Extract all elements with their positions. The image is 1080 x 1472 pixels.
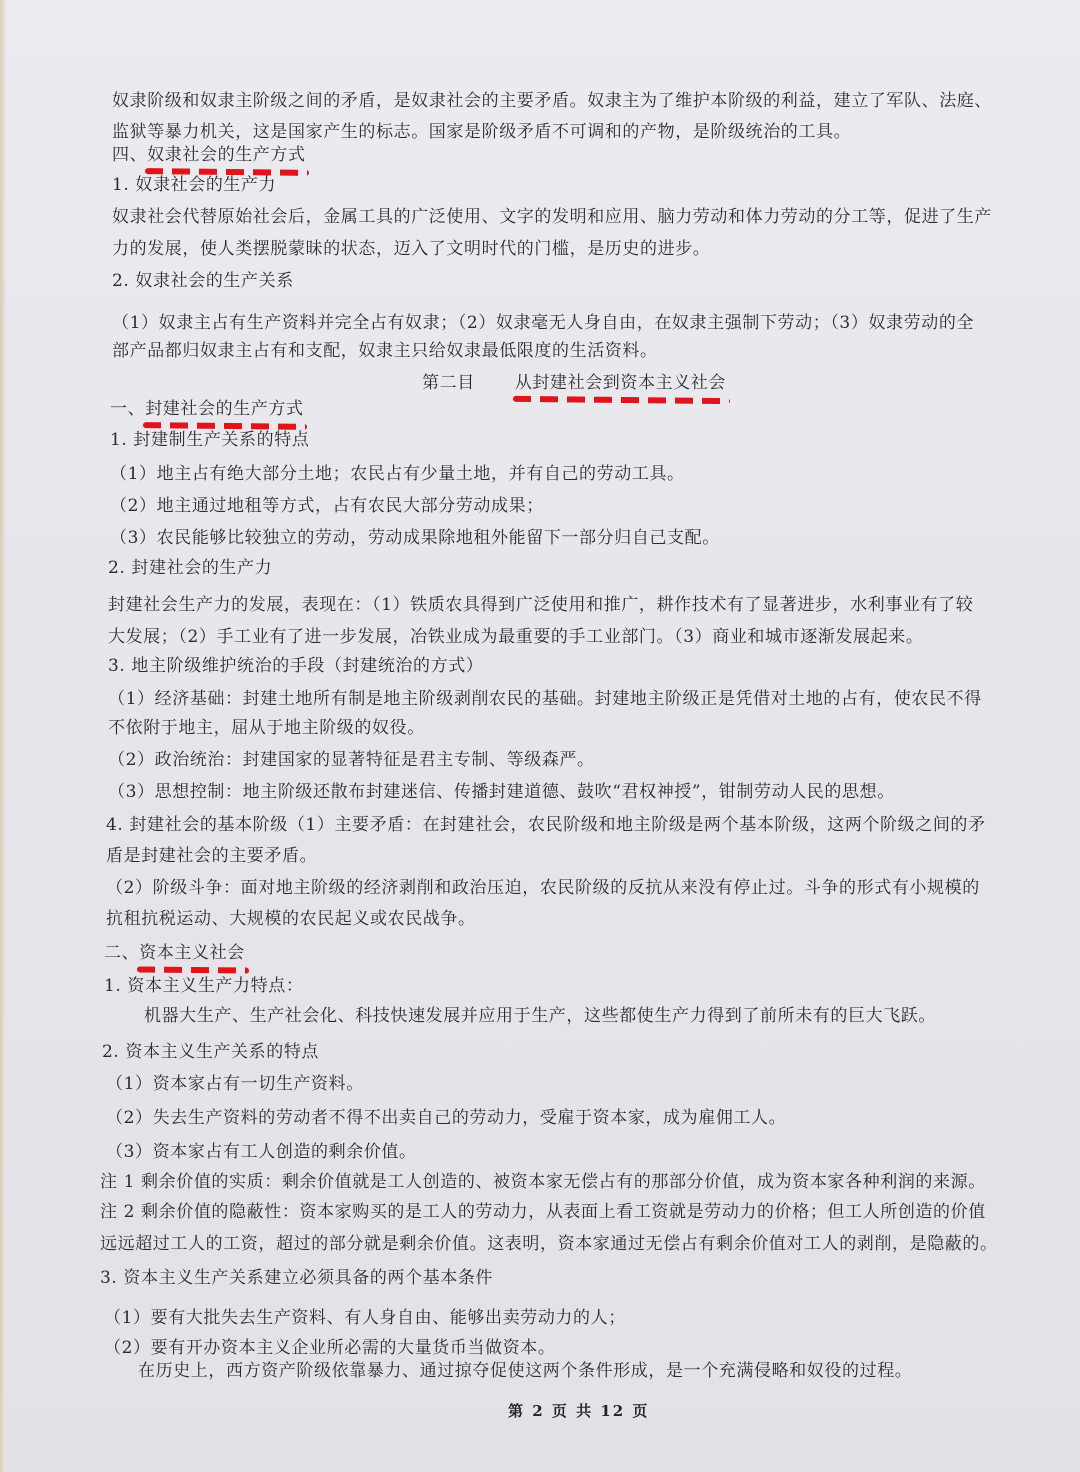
section-heading-slave-mode: 四、奴隶社会的生产方式 xyxy=(112,144,306,166)
paragraph-line: （2）阶级斗争：面对地主阶级的经济剥削和政治压迫，农民阶级的反抗从来没有停止过。… xyxy=(106,877,980,899)
underlined-title: 奴隶社会的生产方式 xyxy=(147,144,305,166)
paragraph-line: 部产品都归奴隶主占有和支配，奴隶主只给奴隶最低限度的生活资料。 xyxy=(112,340,658,362)
underlined-title: 资本主义社会 xyxy=(139,942,245,964)
paragraph-line: 大发展；（2）手工业有了进一步发展，冶铁业成为最重要的手工业部门。（3）商业和城… xyxy=(108,626,923,648)
paragraph-line: 抗租抗税运动、大规模的农民起义或农民战争。 xyxy=(106,908,476,930)
paragraph-line: （1）奴隶主占有生产资料并完全占有奴隶；（2）奴隶毫无人身自由，在奴隶主强制下劳… xyxy=(112,312,974,334)
note-line: 远远超过工人的工资，超过的部分就是剩余价值。这表明，资本家通过无偿占有剩余价值对… xyxy=(100,1233,998,1255)
paragraph-line: 力的发展，使人类摆脱蒙昧的状态，迈入了文明时代的门槛，是历史的进步。 xyxy=(112,238,710,260)
subheading: 3. 资本主义生产关系建立必须具备的两个基本条件 xyxy=(100,1267,493,1289)
paper-edge xyxy=(0,0,6,1472)
subheading: 1. 资本主义生产力特点： xyxy=(104,975,303,997)
underlined-title: 封建社会的生产方式 xyxy=(145,398,303,420)
list-item: （1）要有大批失去生产资料、有人身自由、能够出卖劳动力的人； xyxy=(104,1307,626,1329)
subheading: 2. 资本主义生产关系的特点 xyxy=(102,1041,319,1063)
list-item: 不依附于地主，屈从于地主阶级的奴役。 xyxy=(108,717,425,739)
section-prefix: 一、 xyxy=(110,399,145,419)
subheading: 2. 奴隶社会的生产关系 xyxy=(112,270,294,292)
list-item: （2）地主通过地租等方式，占有农民大部分劳动成果； xyxy=(110,495,544,517)
section-heading-capitalism: 二、资本主义社会 xyxy=(104,942,245,964)
list-item: （3）思想控制：地主阶级还散布封建迷信、传播封建道德、鼓吹“君权神授”，钳制劳动… xyxy=(108,781,895,803)
paragraph-line: 4. 封建社会的基本阶级（1）主要矛盾：在封建社会，农民阶级和地主阶级是两个基本… xyxy=(106,814,986,836)
underlined-title: 从封建社会到资本主义社会 xyxy=(515,372,726,394)
section-prefix: 四、 xyxy=(112,145,147,165)
list-item: （2）政治统治：封建国家的显著特征是君主专制、等级森严。 xyxy=(108,749,595,771)
paragraph-line: 监狱等暴力机关，这是国家产生的标志。国家是阶级矛盾不可调和的产物，是阶级统治的工… xyxy=(112,121,851,143)
list-item: （1）经济基础：封建土地所有制是地主阶级剥削农民的基础。封建地主阶级正是凭借对土… xyxy=(108,688,982,710)
subheading: 1. 奴隶社会的生产力 xyxy=(112,174,276,196)
chapter-label: 第二目 xyxy=(422,373,475,393)
paragraph-line: 盾是封建社会的主要矛盾。 xyxy=(106,845,317,867)
section-heading-feudal-mode: 一、封建社会的生产方式 xyxy=(110,398,304,420)
list-item: （2）失去生产资料的劳动者不得不出卖自己的劳动力，受雇于资本家，成为雇佣工人。 xyxy=(106,1107,786,1129)
paragraph-line: 奴隶阶级和奴隶主阶级之间的矛盾，是奴隶社会的主要矛盾。奴隶主为了维护本阶级的利益… xyxy=(112,90,992,112)
document-page: 奴隶阶级和奴隶主阶级之间的矛盾，是奴隶社会的主要矛盾。奴隶主为了维护本阶级的利益… xyxy=(0,0,1080,1472)
subheading: 1. 封建制生产关系的特点 xyxy=(110,429,309,451)
list-item: （2）要有开办资本主义企业所必需的大量货币当做资本。 xyxy=(104,1337,555,1359)
page-number: 第 2 页 共 12 页 xyxy=(508,1400,649,1421)
list-item: （1）资本家占有一切生产资料。 xyxy=(106,1073,364,1095)
subheading: 2. 封建社会的生产力 xyxy=(108,557,272,579)
paragraph-line: 在历史上，西方资产阶级依靠暴力、通过掠夺促使这两个条件形成，是一个充满侵略和奴役… xyxy=(138,1360,912,1382)
section-prefix: 二、 xyxy=(104,943,139,963)
chapter-heading: 第二目从封建社会到资本主义社会 xyxy=(422,372,726,394)
list-item: （1）地主占有绝大部分土地；农民占有少量土地，并有自己的劳动工具。 xyxy=(110,463,685,485)
paragraph-line: 奴隶社会代替原始社会后，金属工具的广泛使用、文字的发明和应用、脑力劳动和体力劳动… xyxy=(112,206,992,228)
paragraph-line: 封建社会生产力的发展，表现在：（1）铁质农具得到广泛使用和推广，耕作技术有了显著… xyxy=(108,594,973,616)
list-item: （3）资本家占有工人创造的剩余价值。 xyxy=(106,1141,417,1163)
red-dashed-underline xyxy=(137,966,249,973)
subheading: 3. 地主阶级维护统治的手段（封建统治的方式） xyxy=(108,655,483,677)
red-dashed-underline xyxy=(513,396,730,404)
list-item: （3）农民能够比较独立的劳动，劳动成果除地租外能留下一部分归自己支配。 xyxy=(110,527,720,549)
paragraph-line: 机器大生产、生产社会化、科技快速发展并应用于生产，这些都使生产力得到了前所未有的… xyxy=(144,1005,936,1027)
note-line: 注 1 剩余价值的实质：剩余价值就是工人创造的、被资本家无偿占有的那部分价值，成… xyxy=(100,1171,986,1193)
note-line: 注 2 剩余价值的隐蔽性：资本家购买的是工人的劳动力，从表面上看工资就是劳动力的… xyxy=(100,1201,986,1223)
